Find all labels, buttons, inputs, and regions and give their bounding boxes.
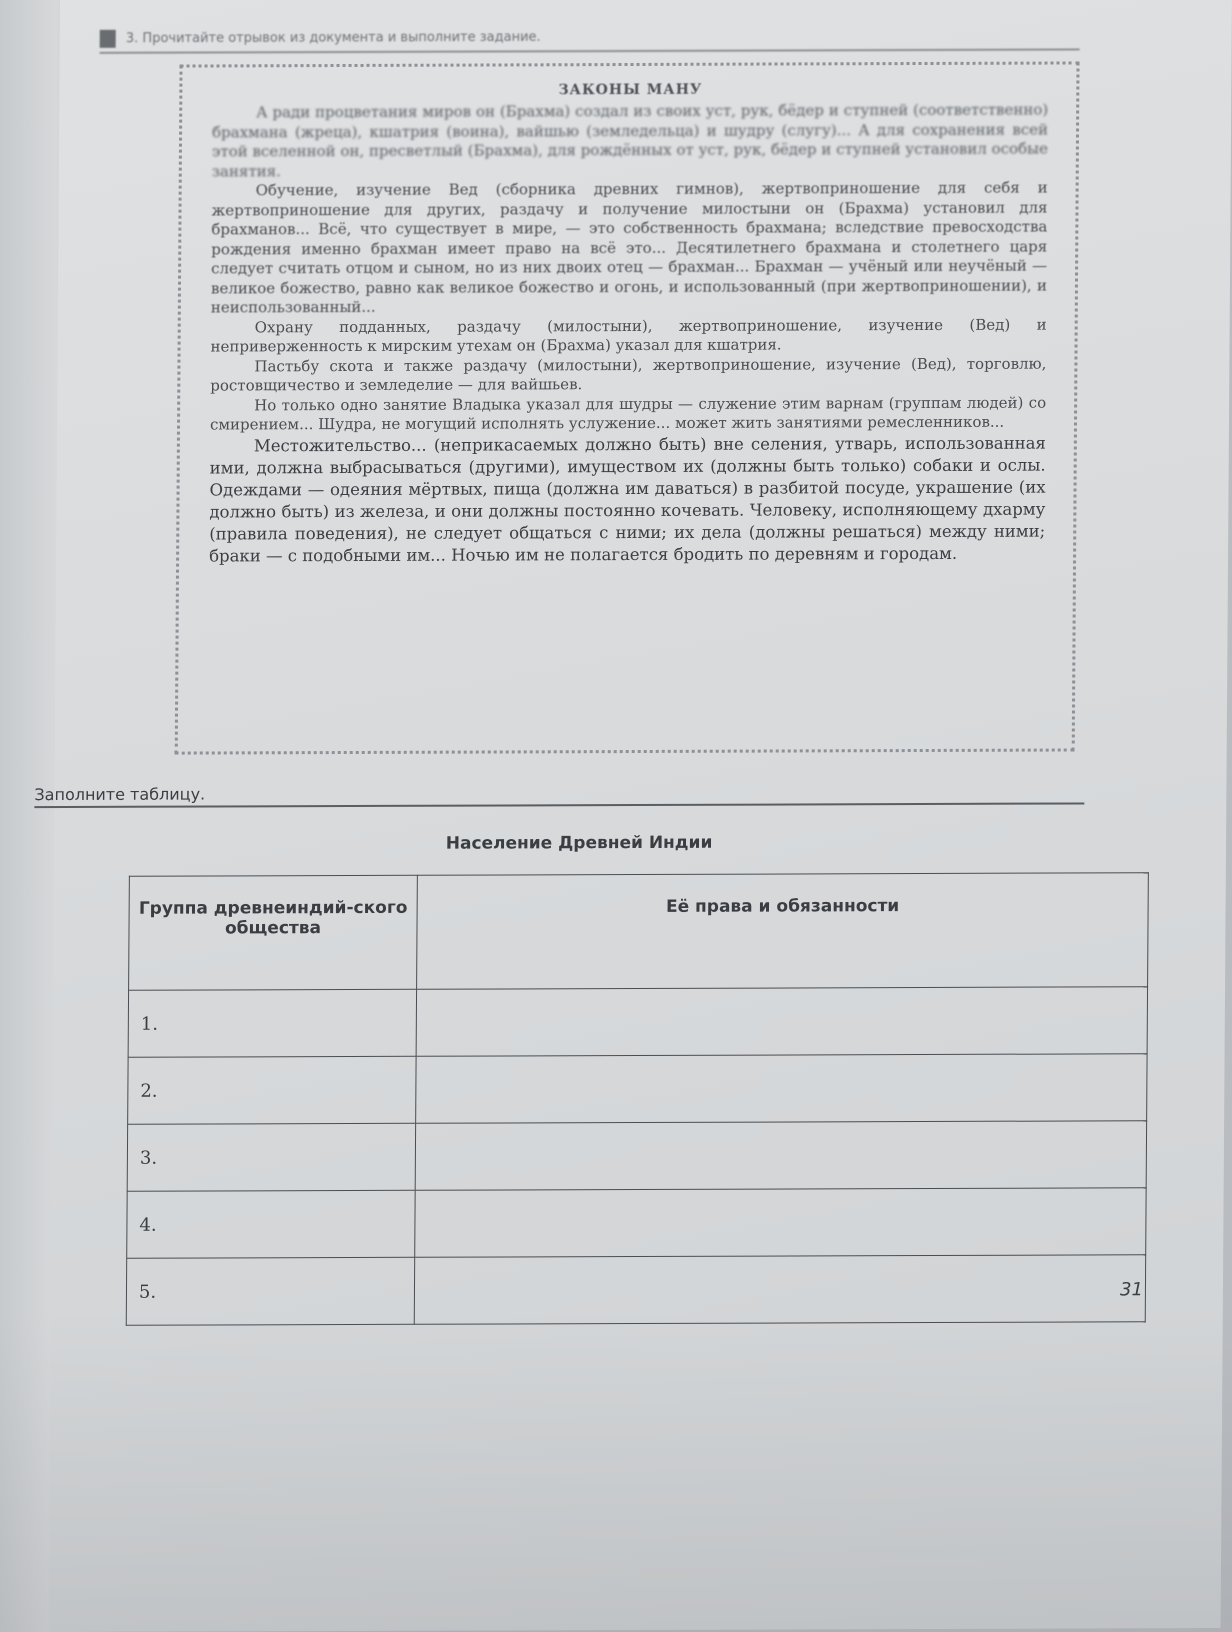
table-row: 1. [128, 987, 1147, 1058]
document-paragraph: А ради процветания миров он (Брахма) соз… [212, 101, 1049, 182]
document-body: А ради процветания миров он (Брахма) соз… [209, 101, 1048, 567]
task-header: 3. Прочитайте отрывок из документа и вып… [100, 26, 1080, 53]
rights-cell[interactable] [416, 987, 1147, 1057]
table-row: 2. [128, 1054, 1147, 1125]
group-cell[interactable]: 5. [126, 1257, 414, 1325]
exercise-instruction: Заполните таблицу. [34, 781, 1084, 808]
group-cell[interactable]: 1. [128, 989, 416, 1057]
group-cell[interactable]: 3. [127, 1123, 415, 1191]
document-paragraph: Местожительство... (неприкасаемых должно… [209, 432, 1046, 567]
document-paragraph: Пастьбу скота и также раздачу (милостыни… [210, 354, 1046, 396]
document-excerpt: ЗАКОНЫ МАНУ А ради процветания миров он … [175, 61, 1080, 754]
column-header-rights: Её права и обязанности [417, 873, 1149, 990]
rights-cell[interactable] [414, 1255, 1145, 1325]
page-number: 31 [1120, 1279, 1143, 1300]
group-cell[interactable]: 4. [127, 1190, 415, 1258]
column-header-group: Группа древнеиндий-ского общества [129, 875, 418, 990]
rights-cell[interactable] [416, 1054, 1147, 1124]
task-instruction: 3. Прочитайте отрывок из документа и вып… [126, 30, 541, 46]
document-paragraph: Но только одно занятие Владыка указал дл… [210, 393, 1046, 435]
group-cell[interactable]: 2. [128, 1056, 416, 1124]
table-row: 4. [127, 1188, 1146, 1259]
table-row: 5. [126, 1255, 1145, 1326]
document-paragraph: Обучение, изучение Вед (сборника древних… [211, 179, 1048, 318]
document-title: ЗАКОНЫ МАНУ [212, 81, 1048, 100]
table-header-row: Группа древнеиндий-ского общества Её пра… [129, 873, 1149, 991]
rights-cell[interactable] [415, 1121, 1146, 1191]
population-table: Группа древнеиндий-ского общества Её пра… [126, 872, 1149, 1326]
workbook-page: 3. Прочитайте отрывок из документа и вып… [49, 0, 1232, 1632]
document-paragraph: Охрану подданных, раздачу (милостыни), ж… [211, 315, 1047, 357]
table-row: 3. [127, 1121, 1146, 1192]
document-task-icon [100, 30, 116, 48]
rights-cell[interactable] [415, 1188, 1146, 1258]
table-title: Население Древней Индии [54, 831, 1104, 855]
